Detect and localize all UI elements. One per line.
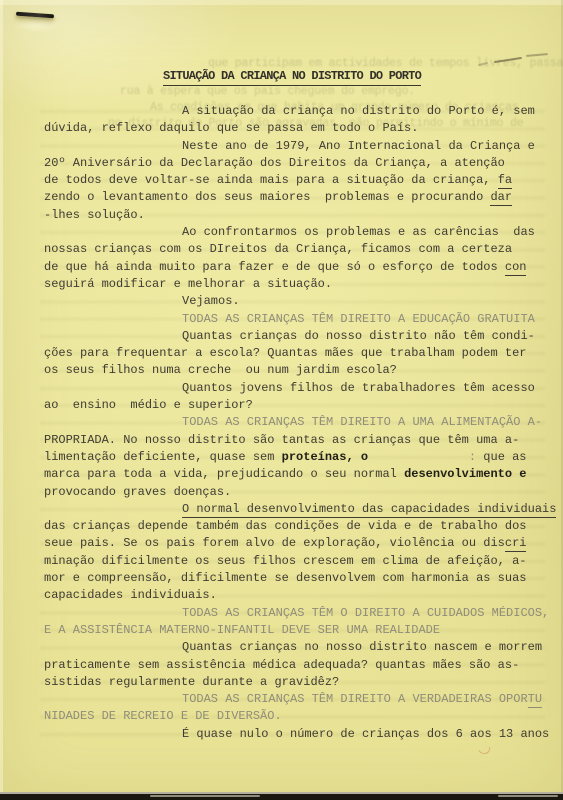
text-line: seguirá modificar e melhorar a situação. xyxy=(44,277,549,294)
text-segment: A situação da criança no distrito do Por… xyxy=(182,104,535,118)
text-line: capacidades individuais. xyxy=(44,588,549,605)
staple-dent xyxy=(12,18,62,32)
text-line: seue pais. Se os pais forem alvo de expl… xyxy=(44,536,549,553)
text-line: de que há ainda muito para fazer e de qu… xyxy=(44,260,549,277)
text-line: zendo o levantamento dos seus maiores pr… xyxy=(44,190,549,207)
text-segment xyxy=(368,450,469,464)
text-line: dúvida, reflexo daquilo que se passa em … xyxy=(44,121,549,138)
text-segment: -lhes solução. xyxy=(44,208,145,222)
document-title: SITUAÇÃO DA CRIANÇA NO DISTRITO DO PORTO xyxy=(163,69,421,86)
text-segment: TODAS AS CRIANÇAS TÊM DIREITO A EDUCAÇÃO… xyxy=(182,312,535,326)
text-line: É quase nulo o número de crianças dos 6 … xyxy=(44,727,549,744)
text-segment: Quantas crianças no nosso distrito nasce… xyxy=(182,640,542,654)
text-line: O normal desenvolvimento das capacidades… xyxy=(44,502,549,519)
paper-edge-top xyxy=(0,0,563,5)
text-line: praticamente sem assistência médica adeq… xyxy=(44,658,549,675)
text-line: Vejamos. xyxy=(44,294,549,311)
text-line: de todos deve voltar-se ainda mais para … xyxy=(44,173,549,190)
text-line: ções para frequentar a escola? Quantas m… xyxy=(44,346,549,363)
text-line: A situação da criança no distrito do Por… xyxy=(44,104,549,121)
text-segment: dúvida, reflexo daquilo que se passa em … xyxy=(44,121,418,135)
bleedthrough-text: rua à espera que os pais cheguem do empr… xyxy=(120,85,415,98)
text-segment: de que há ainda muito para fazer e de qu… xyxy=(44,260,505,274)
text-segment: de todos deve voltar-se ainda mais para … xyxy=(44,173,498,187)
text-segment: : xyxy=(469,450,483,464)
text-line: ao ensino médio e superior? xyxy=(44,398,549,415)
text-segment: 20º Aniversário da Declaração dos Direit… xyxy=(44,156,505,170)
text-line: E A ASSISTÊNCIA MATERNO-INFANTIL DEVE SE… xyxy=(44,623,549,640)
text-segment: ao ensino médio e superior? xyxy=(44,398,253,412)
text-line: das crianças depende também das condiçõe… xyxy=(44,519,549,536)
text-line: TODAS AS CRIANÇAS TÊM DIREITO A EDUCAÇÃO… xyxy=(44,312,549,329)
document-page: que participam em actividades de tempos … xyxy=(0,0,563,800)
text-segment: desenvolvimento e xyxy=(404,467,526,481)
text-segment: NIDADES DE RECREIO E DE DIVERSÃO. xyxy=(44,709,282,723)
text-line: os seus filhos numa creche ou num jardim… xyxy=(44,363,549,380)
text-line: limentação deficiente, quase sem proteín… xyxy=(44,450,549,467)
text-segment: capacidades individuais. xyxy=(44,588,217,602)
text-segment: marca para toda a vida, prejudicando o s… xyxy=(44,467,404,481)
text-segment: dar xyxy=(490,190,512,206)
text-line: Quantas crianças no nosso distrito nasce… xyxy=(44,640,549,657)
text-segment: O normal desenvolvimento das capacidades… xyxy=(182,502,556,518)
text-line: Quantos jovens filhos de trabalhadores t… xyxy=(44,381,549,398)
paper-edge-left xyxy=(0,0,3,800)
faint-pen-mark xyxy=(477,742,492,756)
text-segment: zendo o levantamento dos seus maiores pr… xyxy=(44,190,490,204)
text-segment: nossas crianças com os DIreitos da Crian… xyxy=(44,242,512,256)
text-line: -lhes solução. xyxy=(44,208,549,225)
text-segment: TODAS AS CRIANÇAS TÊM DIREITO A UMA ALIM… xyxy=(182,415,542,429)
text-line: marca para toda a vida, prejudicando o s… xyxy=(44,467,549,484)
text-segment: Neste ano de 1979, Ano Internacional da … xyxy=(182,139,535,153)
text-segment: sistidas regularmente durante a gravidêz… xyxy=(44,675,339,689)
text-segment: Vejamos. xyxy=(182,294,240,308)
text-segment: Quantas crianças do nosso distrito não t… xyxy=(182,329,535,343)
text-segment: provocando graves doenças. xyxy=(44,485,231,499)
text-line: TODAS AS CRIANÇAS TÊM DIREITO A VERDADEI… xyxy=(44,692,549,709)
text-segment: TODAS AS CRIANÇAS TÊM DIREITO A VERDADEI… xyxy=(182,692,528,706)
text-segment: fa xyxy=(498,173,512,189)
text-line: NIDADES DE RECREIO E DE DIVERSÃO. xyxy=(44,709,549,726)
text-segment: Ao confrontarmos os problemas e as carên… xyxy=(182,225,535,239)
text-segment: con xyxy=(505,260,527,276)
text-segment: que as xyxy=(483,450,526,464)
text-line: mor e compreensão, dificilmente se desen… xyxy=(44,571,549,588)
text-segment: TU xyxy=(528,692,542,708)
text-segment: minação dificilmente os seus filhos cres… xyxy=(44,554,526,568)
text-segment: proteínas, o xyxy=(282,450,368,464)
document-body: A situação da criança no distrito do Por… xyxy=(44,104,549,744)
table-edge-shadow xyxy=(0,792,563,800)
text-segment: Quantos jovens filhos de trabalhadores t… xyxy=(182,381,535,395)
text-segment: TODAS AS CRIANÇAS TÊM O DIREITO A CUIDAD… xyxy=(182,606,549,620)
text-segment: mor e compreensão, dificilmente se desen… xyxy=(44,571,526,585)
text-segment: os seus filhos numa creche ou num jardim… xyxy=(44,363,397,377)
text-line: sistidas regularmente durante a gravidêz… xyxy=(44,675,549,692)
table-edge-glint xyxy=(498,795,558,797)
text-line: PROPRIADA. No nosso distrito são tantas … xyxy=(44,433,549,450)
text-line: minação dificilmente os seus filhos cres… xyxy=(44,554,549,571)
text-segment: limentação deficiente, quase sem xyxy=(44,450,282,464)
table-edge-glint xyxy=(150,795,260,797)
text-segment: seue pais. Se os pais forem alvo de expl… xyxy=(44,536,505,550)
text-segment: PROPRIADA. No nosso distrito são tantas … xyxy=(44,433,519,447)
text-line: Ao confrontarmos os problemas e as carên… xyxy=(44,225,549,242)
text-segment: ções para frequentar a escola? Quantas m… xyxy=(44,346,526,360)
text-line: TODAS AS CRIANÇAS TÊM O DIREITO A CUIDAD… xyxy=(44,606,549,623)
text-line: TODAS AS CRIANÇAS TÊM DIREITO A UMA ALIM… xyxy=(44,415,549,432)
text-segment: É quase nulo o número de crianças dos 6 … xyxy=(182,727,549,741)
text-line: provocando graves doenças. xyxy=(44,485,549,502)
text-line: Neste ano de 1979, Ano Internacional da … xyxy=(44,139,549,156)
text-line: 20º Aniversário da Declaração dos Direit… xyxy=(44,156,549,173)
text-line: Quantas crianças do nosso distrito não t… xyxy=(44,329,549,346)
text-line: nossas crianças com os DIreitos da Crian… xyxy=(44,242,549,259)
text-segment: praticamente sem assistência médica adeq… xyxy=(44,658,519,672)
text-segment: seguirá modificar e melhorar a situação. xyxy=(44,277,332,291)
text-segment: das crianças depende também das condiçõe… xyxy=(44,519,526,533)
text-segment: cri xyxy=(505,536,527,552)
text-segment: E A ASSISTÊNCIA MATERNO-INFANTIL DEVE SE… xyxy=(44,623,440,637)
